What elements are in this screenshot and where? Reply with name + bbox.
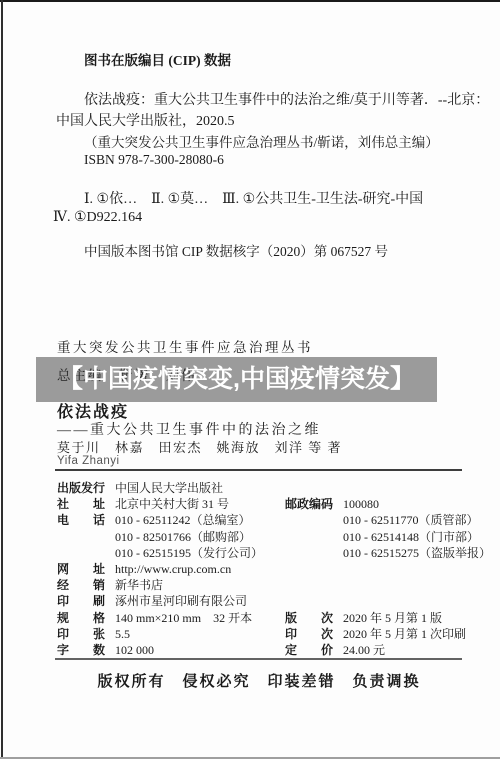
pub-value: 5.5: [115, 626, 285, 642]
authors-line: 莫于川 林嘉 田宏杰 姚海放 刘洋 等 著: [57, 437, 342, 456]
pub-label: 网 址: [57, 561, 115, 577]
row-publisher: 出版发行 中国人民大学出版社: [57, 480, 463, 496]
pub-value: 新华书店: [115, 577, 285, 593]
pub-value2: 24.00 元: [343, 642, 385, 658]
cip-heading: 图书在版编目 (CIP) 数据: [84, 49, 231, 69]
pub-label: 社 址: [57, 496, 115, 512]
pub-label2: 版 次: [285, 610, 343, 626]
pub-value2: 010 - 62515275（盗版举报）: [343, 545, 491, 561]
pub-label: 规 格: [57, 610, 115, 626]
pub-value: 102 000: [115, 642, 285, 658]
pub-label: 出版发行: [57, 480, 115, 496]
cip-series-note: （重大突发公共卫生事件应急治理丛书/靳诺，刘伟总主编）: [84, 131, 439, 151]
pub-value2: 010 - 62511770（质管部）: [343, 512, 479, 528]
divider-top: [55, 469, 462, 471]
cip-registry-number: 中国版本图书馆 CIP 数据核字（2020）第 067527 号: [84, 240, 388, 260]
pub-value: 010 - 62511242（总编室）: [115, 512, 285, 528]
pub-value: 010 - 62515195（发行公司）: [115, 545, 285, 561]
pub-label2: [285, 545, 343, 561]
cip-description-line2: 中国人民大学出版社，2020.5: [56, 110, 235, 130]
pub-value: 140 mm×210 mm 32 开本: [115, 610, 285, 626]
pub-label2: 定 价: [285, 642, 343, 658]
row-phone-1: 电 话 010 - 62511242（总编室） 010 - 62511770（质…: [57, 512, 463, 528]
row-phone-2: 010 - 82501766（邮购部） 010 - 62514148（门市部）: [57, 529, 463, 545]
pub-value2: 010 - 62514148（门市部）: [343, 529, 479, 545]
pub-value: 涿州市星河印刷有限公司: [115, 593, 285, 609]
scan-edge-top: [0, 0, 500, 2]
pub-label2: 印 次: [285, 626, 343, 642]
book-title: 依法战疫: [57, 399, 129, 422]
pub-label2: [285, 512, 343, 528]
copyright-notice: 版权所有 侵权必究 印装差错 负责调换: [56, 670, 462, 691]
divider-bottom: [55, 658, 462, 660]
row-address: 社 址 北京中关村大街 31 号 邮政编码 100080: [57, 496, 463, 512]
scan-edge-left: [1, 0, 3, 759]
row-format-edition: 规 格 140 mm×210 mm 32 开本 版 次 2020 年 5 月第 …: [57, 610, 463, 626]
pub-value: 北京中关村大街 31 号: [115, 496, 285, 512]
pinyin-title: Yifa Zhanyi: [57, 455, 120, 467]
pub-label: 电 话: [57, 512, 115, 528]
pub-label2: [285, 529, 343, 545]
publication-details: 出版发行 中国人民大学出版社 社 址 北京中关村大街 31 号 邮政编码 100…: [57, 480, 463, 658]
pub-value2: 2020 年 5 月第 1 版: [343, 610, 442, 626]
pub-label: [57, 545, 115, 561]
row-distributor: 经 销 新华书店: [57, 577, 463, 593]
pub-label2: [285, 480, 343, 496]
pub-value: 中国人民大学出版社: [115, 480, 285, 496]
pub-value2: 100080: [343, 496, 379, 512]
book-copyright-page: 图书在版编目 (CIP) 数据 依法战疫：重大公共卫生事件中的法治之维/莫于川等…: [0, 0, 500, 759]
pub-label2: 邮政编码: [285, 496, 343, 512]
cip-description-line1: 依法战疫：重大公共卫生事件中的法治之维/莫于川等著．--北京：: [84, 89, 489, 109]
pub-label: 印 刷: [57, 593, 115, 609]
pub-label: 经 销: [57, 577, 115, 593]
pub-value2: 2020 年 5 月第 1 次印刷: [343, 626, 466, 642]
row-website: 网 址 http://www.crup.com.cn: [57, 561, 463, 577]
series-title: 重大突发公共卫生事件应急治理丛书: [57, 336, 313, 356]
book-subtitle: ——重大公共卫生事件中的法治之维: [57, 419, 321, 439]
pub-label: 字 数: [57, 642, 115, 658]
watermark-text: 【中国疫情突变,中国疫情突发】: [36, 357, 437, 402]
row-wordcount-price: 字 数 102 000 定 价 24.00 元: [57, 642, 463, 658]
website-url: http://www.crup.com.cn: [115, 561, 285, 577]
pub-label2: [285, 561, 343, 577]
pub-label: [57, 529, 115, 545]
cip-classification-line2: Ⅳ. ①D922.164: [53, 209, 142, 226]
row-phone-3: 010 - 62515195（发行公司） 010 - 62515275（盗版举报…: [57, 545, 463, 561]
pub-value: 010 - 82501766（邮购部）: [115, 529, 285, 545]
isbn-number: ISBN 978-7-300-28080-6: [84, 152, 224, 168]
cip-classification-line1: Ⅰ. ①依… Ⅱ. ①莫… Ⅲ. ①公共卫生-卫生法-研究-中国: [84, 188, 423, 208]
row-sheets-printing: 印 张 5.5 印 次 2020 年 5 月第 1 次印刷: [57, 626, 463, 642]
pub-label2: [285, 593, 343, 609]
row-printer: 印 刷 涿州市星河印刷有限公司: [57, 593, 463, 609]
pub-label2: [285, 577, 343, 593]
pub-label: 印 张: [57, 626, 115, 642]
